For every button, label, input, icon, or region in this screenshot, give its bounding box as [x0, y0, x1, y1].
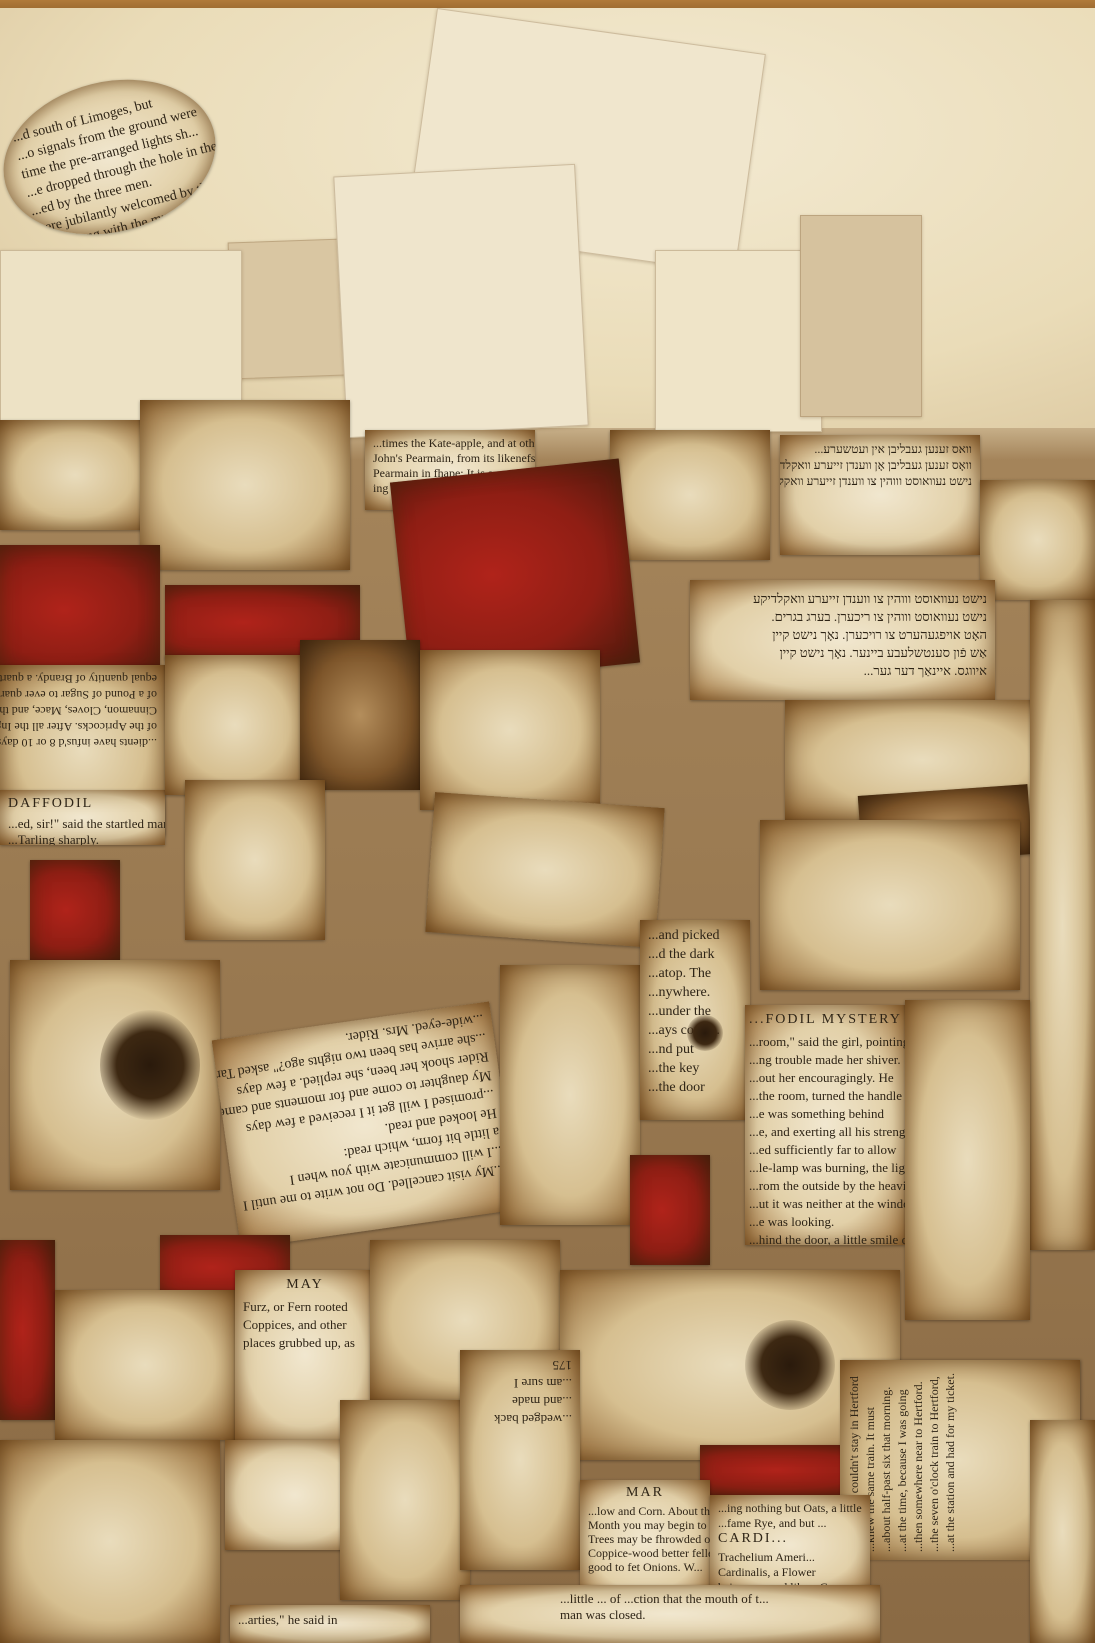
text-line: האָט אויפגעהערט צו רויכערן. נאָך נישט קי…	[698, 626, 987, 644]
daffodil-mystery-fragment: ...FODIL MYSTERY ...room," said the girl…	[745, 1005, 905, 1245]
text-line: וואס זענען געבליבן אין ועטשערע...	[788, 441, 972, 457]
burnt-text-fragment	[760, 820, 1020, 990]
text-line: ...low and Corn. About the end of this	[588, 1504, 702, 1518]
bottom-text-fragment: ...little ... of ...ction that the mouth…	[460, 1585, 880, 1643]
text-line: ...rom the outside by the heavily	[749, 1177, 897, 1195]
red-paint-patch	[0, 545, 160, 675]
text-line: Trees may be fhrowded or	[588, 1532, 702, 1546]
text-line: of the Apricocks. After all the Ingre...	[8, 719, 157, 735]
hebrew-fragment: נישט נעוואוסט וווהין צו ווענדן זייערע וו…	[690, 580, 995, 700]
red-paint-patch	[630, 1155, 710, 1265]
fragment-heading: ...FODIL MYSTERY	[749, 1011, 897, 1029]
text-line: ...times the Kate-apple, and at other ti…	[373, 436, 527, 451]
text-line: ...then somewhere near to Hertford.	[910, 1368, 926, 1552]
text-line: ...e was looking.	[749, 1213, 897, 1231]
burnt-text-fragment	[0, 420, 150, 530]
text-line: ...Tarling sharply.	[8, 832, 157, 845]
text-line: ...atop. The	[648, 964, 742, 983]
text-line: ...ed, sir!" said the startled man	[8, 816, 157, 832]
text-line: ...wedged back	[468, 1410, 572, 1428]
text-line: ...dients have infus'd 8 or 10 days, the…	[8, 735, 157, 751]
text-line: וואָס זענען געבליבן אָן ווענדן זייערע וו…	[788, 457, 972, 473]
red-paint-patch	[30, 860, 120, 960]
burnt-text-fragment	[1030, 600, 1095, 1250]
text-line: ...at the station and had for my ticket.	[942, 1368, 958, 1552]
text-line: places grubbed up, as	[243, 1334, 367, 1352]
text-line: ...the key	[648, 1059, 742, 1078]
text-line: ...room," said the girl, pointing	[749, 1033, 897, 1051]
text-line: ...hind the door, a little smile on	[749, 1231, 897, 1245]
text-line: 175	[468, 1356, 572, 1374]
text-line: ...ing nothing but Oats, a little	[718, 1501, 862, 1516]
text-line: ...out her encouragingly. He	[749, 1069, 897, 1087]
mar-fragment: MAR ...low and Corn. About the end of th…	[580, 1480, 710, 1600]
charred-fragment	[300, 640, 420, 790]
burnt-text-fragment	[140, 400, 350, 570]
text-line: ...at the time, because I was going	[894, 1368, 910, 1552]
burnt-paper-collage: ...d south of Limoges, but ...o signals …	[0, 0, 1095, 1643]
text-line: ...the room, turned the handle	[749, 1087, 897, 1105]
text-line: ...e, and exerting all his strength	[749, 1123, 897, 1141]
fragment-heading: MAY	[243, 1276, 367, 1294]
text-line: equal quantity of Brandy. a quart...	[8, 671, 157, 687]
text-line: Cinnamon, Cloves, Mace, and the Kern...	[8, 703, 157, 719]
text-line: ...arties," he said in	[238, 1611, 422, 1628]
text-line: ...nywhere.	[648, 983, 742, 1002]
torn-paper-piece	[655, 250, 822, 432]
burn-hole	[687, 1015, 723, 1051]
text-line: good to fet Onions. W...	[588, 1560, 702, 1574]
hebrew-fragment-top: וואס זענען געבליבן אין ועטשערע... וואָס …	[780, 435, 980, 555]
burnt-text-fragment	[1030, 1420, 1095, 1643]
text-line: ...ng trouble made her shiver.	[749, 1051, 897, 1069]
text-line: נישט נעוואוסט וווהין צו ווענדן זייערע וו…	[788, 473, 972, 489]
text-line: of a Pound of Sugar to ever quart; wit..…	[8, 687, 157, 703]
text-line: Coppices, and other	[243, 1316, 367, 1334]
text-line: ...fame Rye, and but ...	[718, 1516, 862, 1531]
cardinalis-fragment: ...ing nothing but Oats, a little ...fam…	[710, 1495, 870, 1595]
text-line: ...ut it was neither at the window	[749, 1195, 897, 1213]
burnt-text-fragment	[905, 1000, 1030, 1320]
fragment-heading: MAR	[588, 1486, 702, 1500]
torn-paper-piece	[333, 164, 588, 438]
burnt-text-fragment	[165, 655, 305, 795]
text-line: ...e was something behind	[749, 1105, 897, 1123]
upside-down-letter-fragment: ...My visit cancelled. Do not write to m…	[212, 1002, 519, 1249]
burnt-text-fragment	[425, 792, 664, 948]
burnt-text-fragment	[500, 965, 640, 1225]
text-line: ...am sure I	[468, 1374, 572, 1392]
burn-hole	[745, 1320, 835, 1410]
text-line: ...le-lamp was burning, the light	[749, 1159, 897, 1177]
torn-paper-piece	[800, 215, 922, 417]
text-line: John's Pearmain, from its likenefs...	[373, 451, 527, 466]
text-line: Month you may begin to fow	[588, 1518, 702, 1532]
text-line: ...the seven o'clock train to Hertford,	[926, 1368, 942, 1552]
text-line: Furz, or Fern rooted	[243, 1298, 367, 1316]
text-line: ...about half-past six that morning.	[878, 1368, 894, 1552]
text-line: Trachelium Ameri...	[718, 1550, 862, 1565]
rotated-text: ...wedged back ...and made ...am sure I …	[468, 1356, 572, 1428]
text-line: Cardinalis, a Flower	[718, 1565, 862, 1580]
text-line: ...the door	[648, 1078, 742, 1097]
burn-hole	[100, 1010, 200, 1120]
burnt-text-fragment	[55, 1290, 235, 1440]
text-line: אַש פֿון סענטשלעבע ביינער. נאָך נישט קיי…	[698, 644, 987, 662]
daffodil-heading-fragment: DAFFODIL ...ed, sir!" said the startled …	[0, 790, 165, 845]
fragment-heading: CARDI...	[718, 1531, 862, 1546]
fragment-heading: DAFFODIL	[8, 796, 157, 812]
burnt-text-fragment	[185, 780, 325, 940]
burnt-text-fragment	[420, 650, 600, 810]
parties-fragment: ...arties," he said in	[230, 1605, 430, 1643]
text-line: ...little ... of ...ction that the mouth…	[560, 1591, 872, 1607]
text-line: man was closed.	[560, 1607, 872, 1623]
text-line: ...d the dark	[648, 945, 742, 964]
rotated-text: ...My visit cancelled. Do not write to m…	[221, 1009, 506, 1215]
burnt-text-fragment	[980, 480, 1095, 600]
text-line: ...and made	[468, 1392, 572, 1410]
upside-down-fragment: ...wedged back ...and made ...am sure I …	[460, 1350, 580, 1570]
text-line: איווגס. איינאַך דער גער...	[698, 662, 987, 680]
burnt-text-fragment	[340, 1400, 470, 1600]
burnt-text-fragment	[610, 430, 770, 560]
burnt-text-fragment	[0, 1440, 220, 1643]
red-paint-patch	[0, 1240, 55, 1420]
torn-paper-piece	[0, 250, 242, 422]
text-line: Coppice-wood better felled	[588, 1546, 702, 1560]
text-line: נישט נעוואוסט וווהין צו ווענדן זייערע וו…	[698, 590, 987, 608]
text-line: ...and picked	[648, 926, 742, 945]
text-line: נישט נעוואוסט וווהין צו ריכערן. בערג בגר…	[698, 608, 987, 626]
text-line: ...ed sufficiently far to allow	[749, 1141, 897, 1159]
rotated-text: ...dients have infus'd 8 or 10 days, the…	[8, 671, 157, 751]
